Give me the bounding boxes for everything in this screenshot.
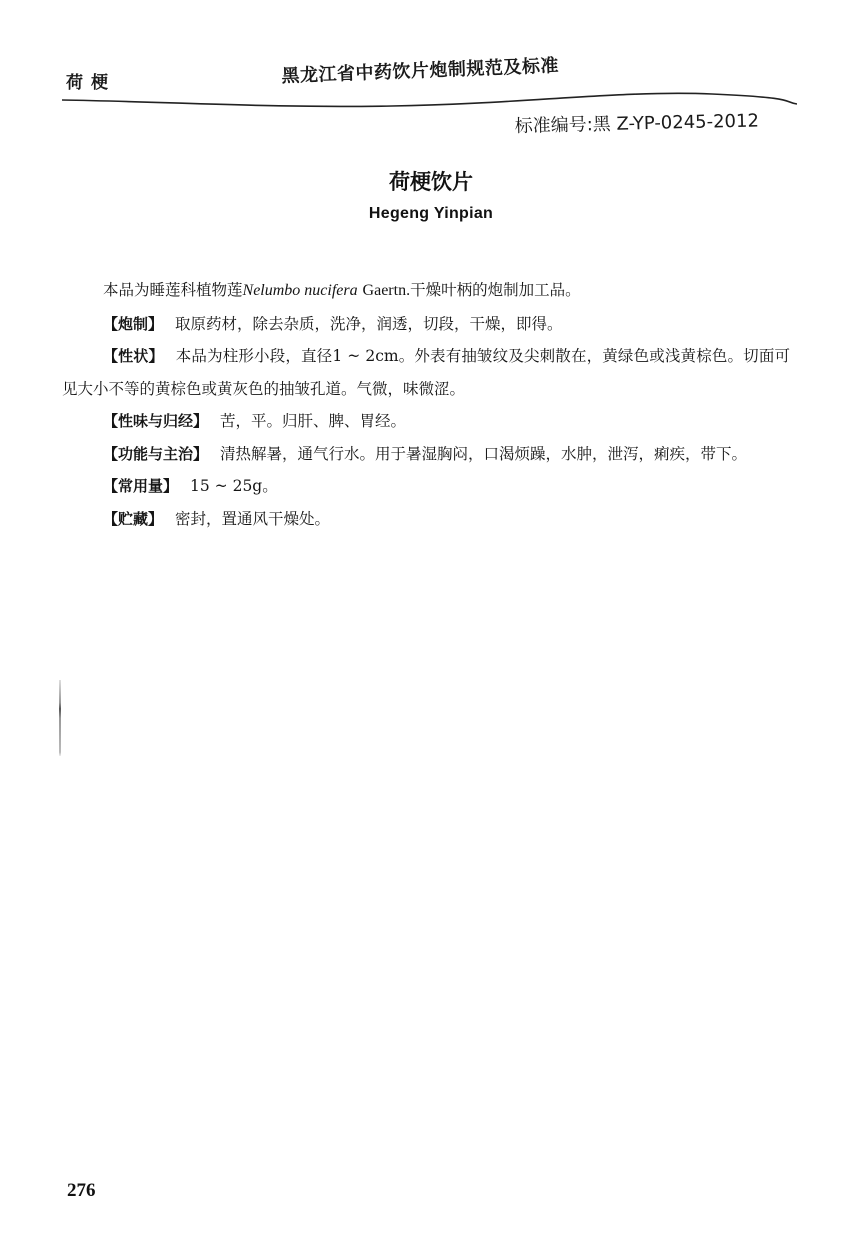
section-label: 【性状】 — [103, 347, 164, 365]
section-dosage: 【常用量】15 ~ 25g。 — [62, 470, 790, 503]
section-text: 密封，置通风干燥处。 — [175, 510, 330, 528]
section-description: 【性状】本品为柱形小段，直径1 ~ 2cm。外表有抽皱纹及尖刺散在，黄绿色或浅黄… — [62, 340, 790, 405]
section-text: 取原药材，除去杂质，洗净，润透，切段，干燥，即得。 — [175, 315, 563, 333]
running-head-book-title: 黑龙江省中药饮片炮制规范及标准 — [281, 51, 559, 88]
section-text: 清热解暑，通气行水。用于暑湿胸闷，口渴烦躁，水肿，泄泻，痢疾，带下。 — [220, 445, 747, 463]
scan-margin-mark — [59, 680, 61, 756]
intro-text: 本品为睡莲科植物莲 — [103, 281, 243, 299]
standard-number: 标准编号:黑 Z-YP-0245-2012 — [514, 106, 759, 138]
species-author: Gaertn. — [363, 282, 411, 299]
section-storage: 【贮藏】密封，置通风干燥处。 — [62, 503, 790, 536]
monograph-body: 本品为睡莲科植物莲Nelumbo nucifera Gaertn.干燥叶柄的炮制… — [62, 274, 790, 535]
monograph-title-pinyin: Hegeng Yinpian — [0, 205, 850, 223]
section-function-indication: 【功能与主治】清热解暑，通气行水。用于暑湿胸闷，口渴烦躁，水肿，泄泻，痢疾，带下… — [62, 438, 790, 471]
section-processing: 【炮制】取原药材，除去杂质，洗净，润透，切段，干燥，即得。 — [62, 308, 790, 341]
monograph-title: 荷梗饮片 — [0, 166, 850, 196]
section-property-meridian: 【性味与归经】苦，平。归肝、脾、胃经。 — [62, 405, 790, 438]
section-text: 15 ~ 25g。 — [190, 477, 278, 495]
section-text: 苦，平。归肝、脾、胃经。 — [220, 412, 406, 430]
section-label: 【性味与归经】 — [103, 412, 208, 430]
page-number: 276 — [67, 1180, 96, 1202]
section-label: 【常用量】 — [103, 477, 178, 495]
section-label: 【功能与主治】 — [103, 445, 208, 463]
latin-species-name: Nelumbo nucifera — [243, 282, 358, 299]
intro-paragraph: 本品为睡莲科植物莲Nelumbo nucifera Gaertn.干燥叶柄的炮制… — [62, 274, 790, 308]
section-label: 【贮藏】 — [103, 510, 163, 528]
running-head-wavy-rule — [62, 86, 797, 110]
intro-text-end: 干燥叶柄的炮制加工品。 — [410, 281, 581, 299]
running-head: 荷梗 黑龙江省中药饮片炮制规范及标准 — [62, 62, 792, 102]
section-label: 【炮制】 — [103, 315, 163, 333]
section-text: 本品为柱形小段，直径1 ~ 2cm。外表有抽皱纹及尖刺散在，黄绿色或浅黄棕色。切… — [62, 347, 790, 398]
